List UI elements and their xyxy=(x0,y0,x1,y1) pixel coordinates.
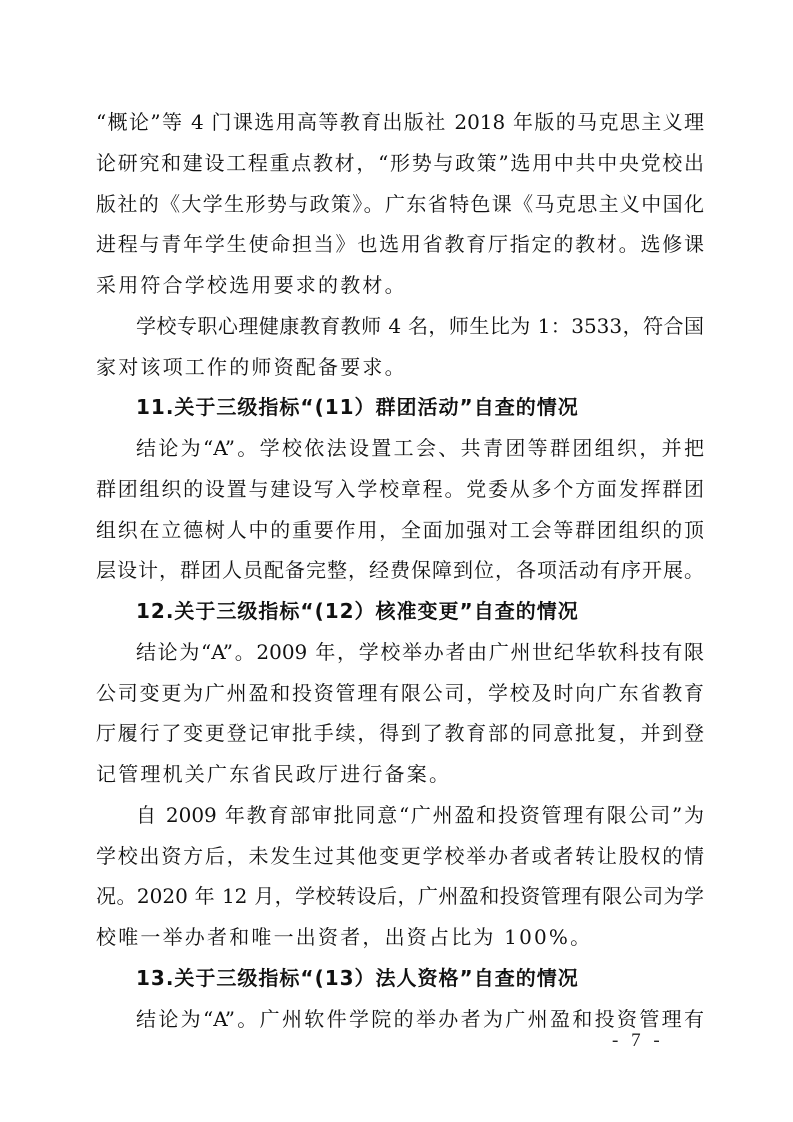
page-number: - 7 - xyxy=(612,1030,692,1052)
body-line: 厅履行了变更登记审批手续，得到了教育部的同意批复，并到登 xyxy=(96,713,704,754)
body-line: 结论为“A”。学校依法设置工会、共青团等群团组织，并把 xyxy=(96,428,704,469)
body-line: “概论”等 4 门课选用高等教育出版社 2018 年版的马克思主义理 xyxy=(96,102,704,143)
body-line: 家对该项工作的师资配备要求。 xyxy=(96,347,704,388)
body-line: 采用符合学校选用要求的教材。 xyxy=(96,265,704,306)
section-heading-11: 11.关于三级指标“(11）群团活动”自查的情况 xyxy=(96,387,704,428)
body-line: 学校专职心理健康教育教师 4 名，师生比为 1：3533，符合国 xyxy=(96,306,704,347)
body-line: 况。2020 年 12 月，学校转设后，广州盈和投资管理有限公司为学 xyxy=(96,876,704,917)
body-line: 学校出资方后，未发生过其他变更学校举办者或者转让股权的情 xyxy=(96,836,704,877)
body-line: 论研究和建设工程重点教材，“形势与政策”选用中共中央党校出 xyxy=(96,143,704,184)
body-line: 层设计，群团人员配备完整，经费保障到位，各项活动有序开展。 xyxy=(96,550,704,591)
body-line: 结论为“A”。2009 年，学校举办者由广州世纪华软科技有限 xyxy=(96,632,704,673)
body-line: 公司变更为广州盈和投资管理有限公司，学校及时向广东省教育 xyxy=(96,673,704,714)
section-heading-12: 12.关于三级指标“(12）核准变更”自查的情况 xyxy=(96,591,704,632)
section-heading-13: 13.关于三级指标“(13）法人资格”自查的情况 xyxy=(96,958,704,999)
body-line: 群团组织的设置与建设写入学校章程。党委从多个方面发挥群团 xyxy=(96,469,704,510)
body-line: 校唯一举办者和唯一出资者，出资占比为 100%。 xyxy=(96,917,704,958)
body-line: 组织在立德树人中的重要作用，全面加强对工会等群团组织的顶 xyxy=(96,510,704,551)
document-body: “概论”等 4 门课选用高等教育出版社 2018 年版的马克思主义理 论研究和建… xyxy=(96,102,704,1039)
body-line: 自 2009 年教育部审批同意“广州盈和投资管理有限公司”为 xyxy=(96,795,704,836)
document-page: “概论”等 4 门课选用高等教育出版社 2018 年版的马克思主义理 论研究和建… xyxy=(0,0,793,1122)
body-line: 版社的《大学生形势与政策》。广东省特色课《马克思主义中国化 xyxy=(96,184,704,225)
body-line: 记管理机关广东省民政厅进行备案。 xyxy=(96,754,704,795)
body-line: 进程与青年学生使命担当》也选用省教育厅指定的教材。选修课 xyxy=(96,224,704,265)
